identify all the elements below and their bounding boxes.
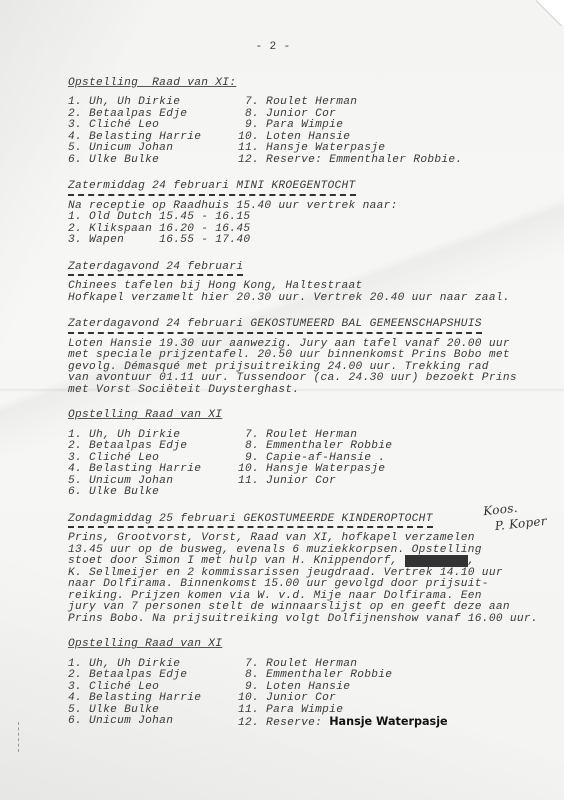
roster-right-column: 7. Roulet Herman 8. Emmenthaler Robbie 9… [238,430,538,499]
roster-section-2: Opstelling Raad van XI 1. Uh, Uh Dirkie2… [68,410,538,499]
text-line: 6. Ulke Bulke [68,155,238,167]
kinderoptocht-section: Zondagmiddag 25 februari GEKOSTUMEERDE K… [68,513,538,626]
section-text: Loten Hansie 19.30 uur aanwezig. Jury aa… [68,339,538,397]
text-line: 10. Junior Cor [238,693,538,705]
zaterdagavond-section: Zaterdagavond 24 februari Chinees tafele… [68,261,538,305]
text-line: 4. Belasting Harrie [68,693,238,705]
roster-list: 1. Uh, Uh Dirkie2. Betaalpas Edje3. Clic… [68,97,538,166]
text-line: 6. Ulke Bulke [68,487,238,499]
roster-section-1: Opstelling Raad van XI: 1. Uh, Uh Dirkie… [68,78,538,167]
text-line: 8. Emmenthaler Robbie [238,441,538,453]
bal-section: Zaterdagavond 24 februari GEKOSTUMEERD B… [68,318,538,396]
text-line: Chinees tafelen bij Hong Kong, Haltestra… [68,281,538,293]
text-line: 2. Betaalpas Edje [68,441,238,453]
folded-corner [536,0,564,26]
roster-right-column: 7. Roulet Herman 8. Emmenthaler Robbie 9… [238,659,538,728]
page-number: - 2 - [8,42,538,54]
text-line: 7. Roulet Herman [238,97,538,109]
text-line: jury van 7 personen stelt de winnaarslij… [68,602,538,614]
roster-left-column: 1. Uh, Uh Dirkie2. Betaalpas Edje3. Clic… [68,430,238,499]
text-line: 1. Uh, Uh Dirkie [68,97,238,109]
roster-item-reserve: 12. Reserve: Hansje Waterpasje [238,716,538,728]
text-line: 11. Junior Cor [238,476,538,488]
roster-section-3: Opstelling Raad van XI 1. Uh, Uh Dirkie2… [68,639,538,728]
scanned-document-page: - 2 - Opstelling Raad van XI: 1. Uh, Uh … [0,0,564,800]
roster-list: 1. Uh, Uh Dirkie2. Betaalpas Edje3. Clic… [68,659,538,728]
text-line: van avontuur 01.11 uur. Tussendoor (ca. … [68,373,538,385]
text-line: 10. Hansje Waterpasje [238,464,538,476]
text-line: 3. Cliché Leo [68,120,238,132]
roster-list: 1. Uh, Uh Dirkie2. Betaalpas Edje3. Clic… [68,430,538,499]
section-heading: Zatermiddag 24 februari MINI KROEGENTOCH… [68,181,356,196]
section-heading: Zaterdagavond 24 februari GEKOSTUMEERD B… [68,319,482,334]
text-line: naar Dolfirama. Binnenkomst 15.00 uur ge… [68,579,538,591]
text-fragment: stoet door Simon I met hulp van H. Knipp… [68,555,405,567]
section-text: Na receptie op Raadhuis 15.40 uur vertre… [68,201,538,247]
edge-mark [18,722,22,752]
section-text: Chinees tafelen bij Hong Kong, Haltestra… [68,281,538,304]
text-line: 9. Para Wimpie [238,120,538,132]
text-line: 11. Hansje Waterpasje [238,143,538,155]
section-heading: Opstelling Raad van XI [68,410,538,422]
text-fragment: , [468,555,475,567]
text-line: 6. Unicum Johan [68,716,238,728]
roster-items: 7. Roulet Herman 8. Emmenthaler Robbie 9… [238,659,538,717]
handwritten-margin-note: Koos. P. Koper [482,497,547,535]
text-line: 2. Betaalpas Edje [68,670,238,682]
text-line: met speciale prijzentafel. 20.50 uur bin… [68,350,538,362]
text-line: 1. Old Dutch 15.45 - 16.15 [68,212,538,224]
roster-left-column: 1. Uh, Uh Dirkie2. Betaalpas Edje3. Clic… [68,659,238,728]
handwritten-reserve: Hansje Waterpasje [329,715,447,728]
text-line: 5. Unicum Johan [68,143,238,155]
text-line: Hofkapel verzamelt hier 20.30 uur. Vertr… [68,293,538,305]
text-line: Prins, Grootvorst, Vorst, Raad van XI, h… [68,533,538,545]
section-heading: Zaterdagavond 24 februari [68,262,243,277]
document-body: - 2 - Opstelling Raad van XI: 1. Uh, Uh … [68,42,538,742]
roster-left-column: 1. Uh, Uh Dirkie2. Betaalpas Edje3. Clic… [68,97,238,166]
text-line: stoet door Simon I met hulp van H. Knipp… [68,556,538,568]
section-heading: Opstelling Raad van XI: [68,78,538,90]
text-line: 12. Reserve: Emmenthaler Robbie. [238,155,538,167]
text-line: 8. Emmenthaler Robbie [238,670,538,682]
struck-out-text: xxxxxxxxx [405,555,468,567]
section-heading: Zondagmiddag 25 februari GEKOSTUMEERDE K… [68,514,433,529]
section-text: Prins, Grootvorst, Vorst, Raad van XI, h… [68,533,538,625]
text-line: Prins Bobo. Na prijsuitreiking volgt Dol… [68,614,538,626]
section-heading: Opstelling Raad van XI [68,639,538,651]
text-line: 3. Wapen 16.55 - 17.40 [68,235,538,247]
text-line: met Vorst Sociëteit Duysterghast. [68,385,538,397]
reserve-label: 12. Reserve: [238,717,329,729]
roster-right-column: 7. Roulet Herman 8. Junior Cor 9. Para W… [238,97,538,166]
text-line: 4. Belasting Harrie [68,464,238,476]
kroegentocht-section: Zatermiddag 24 februari MINI KROEGENTOCH… [68,180,538,247]
